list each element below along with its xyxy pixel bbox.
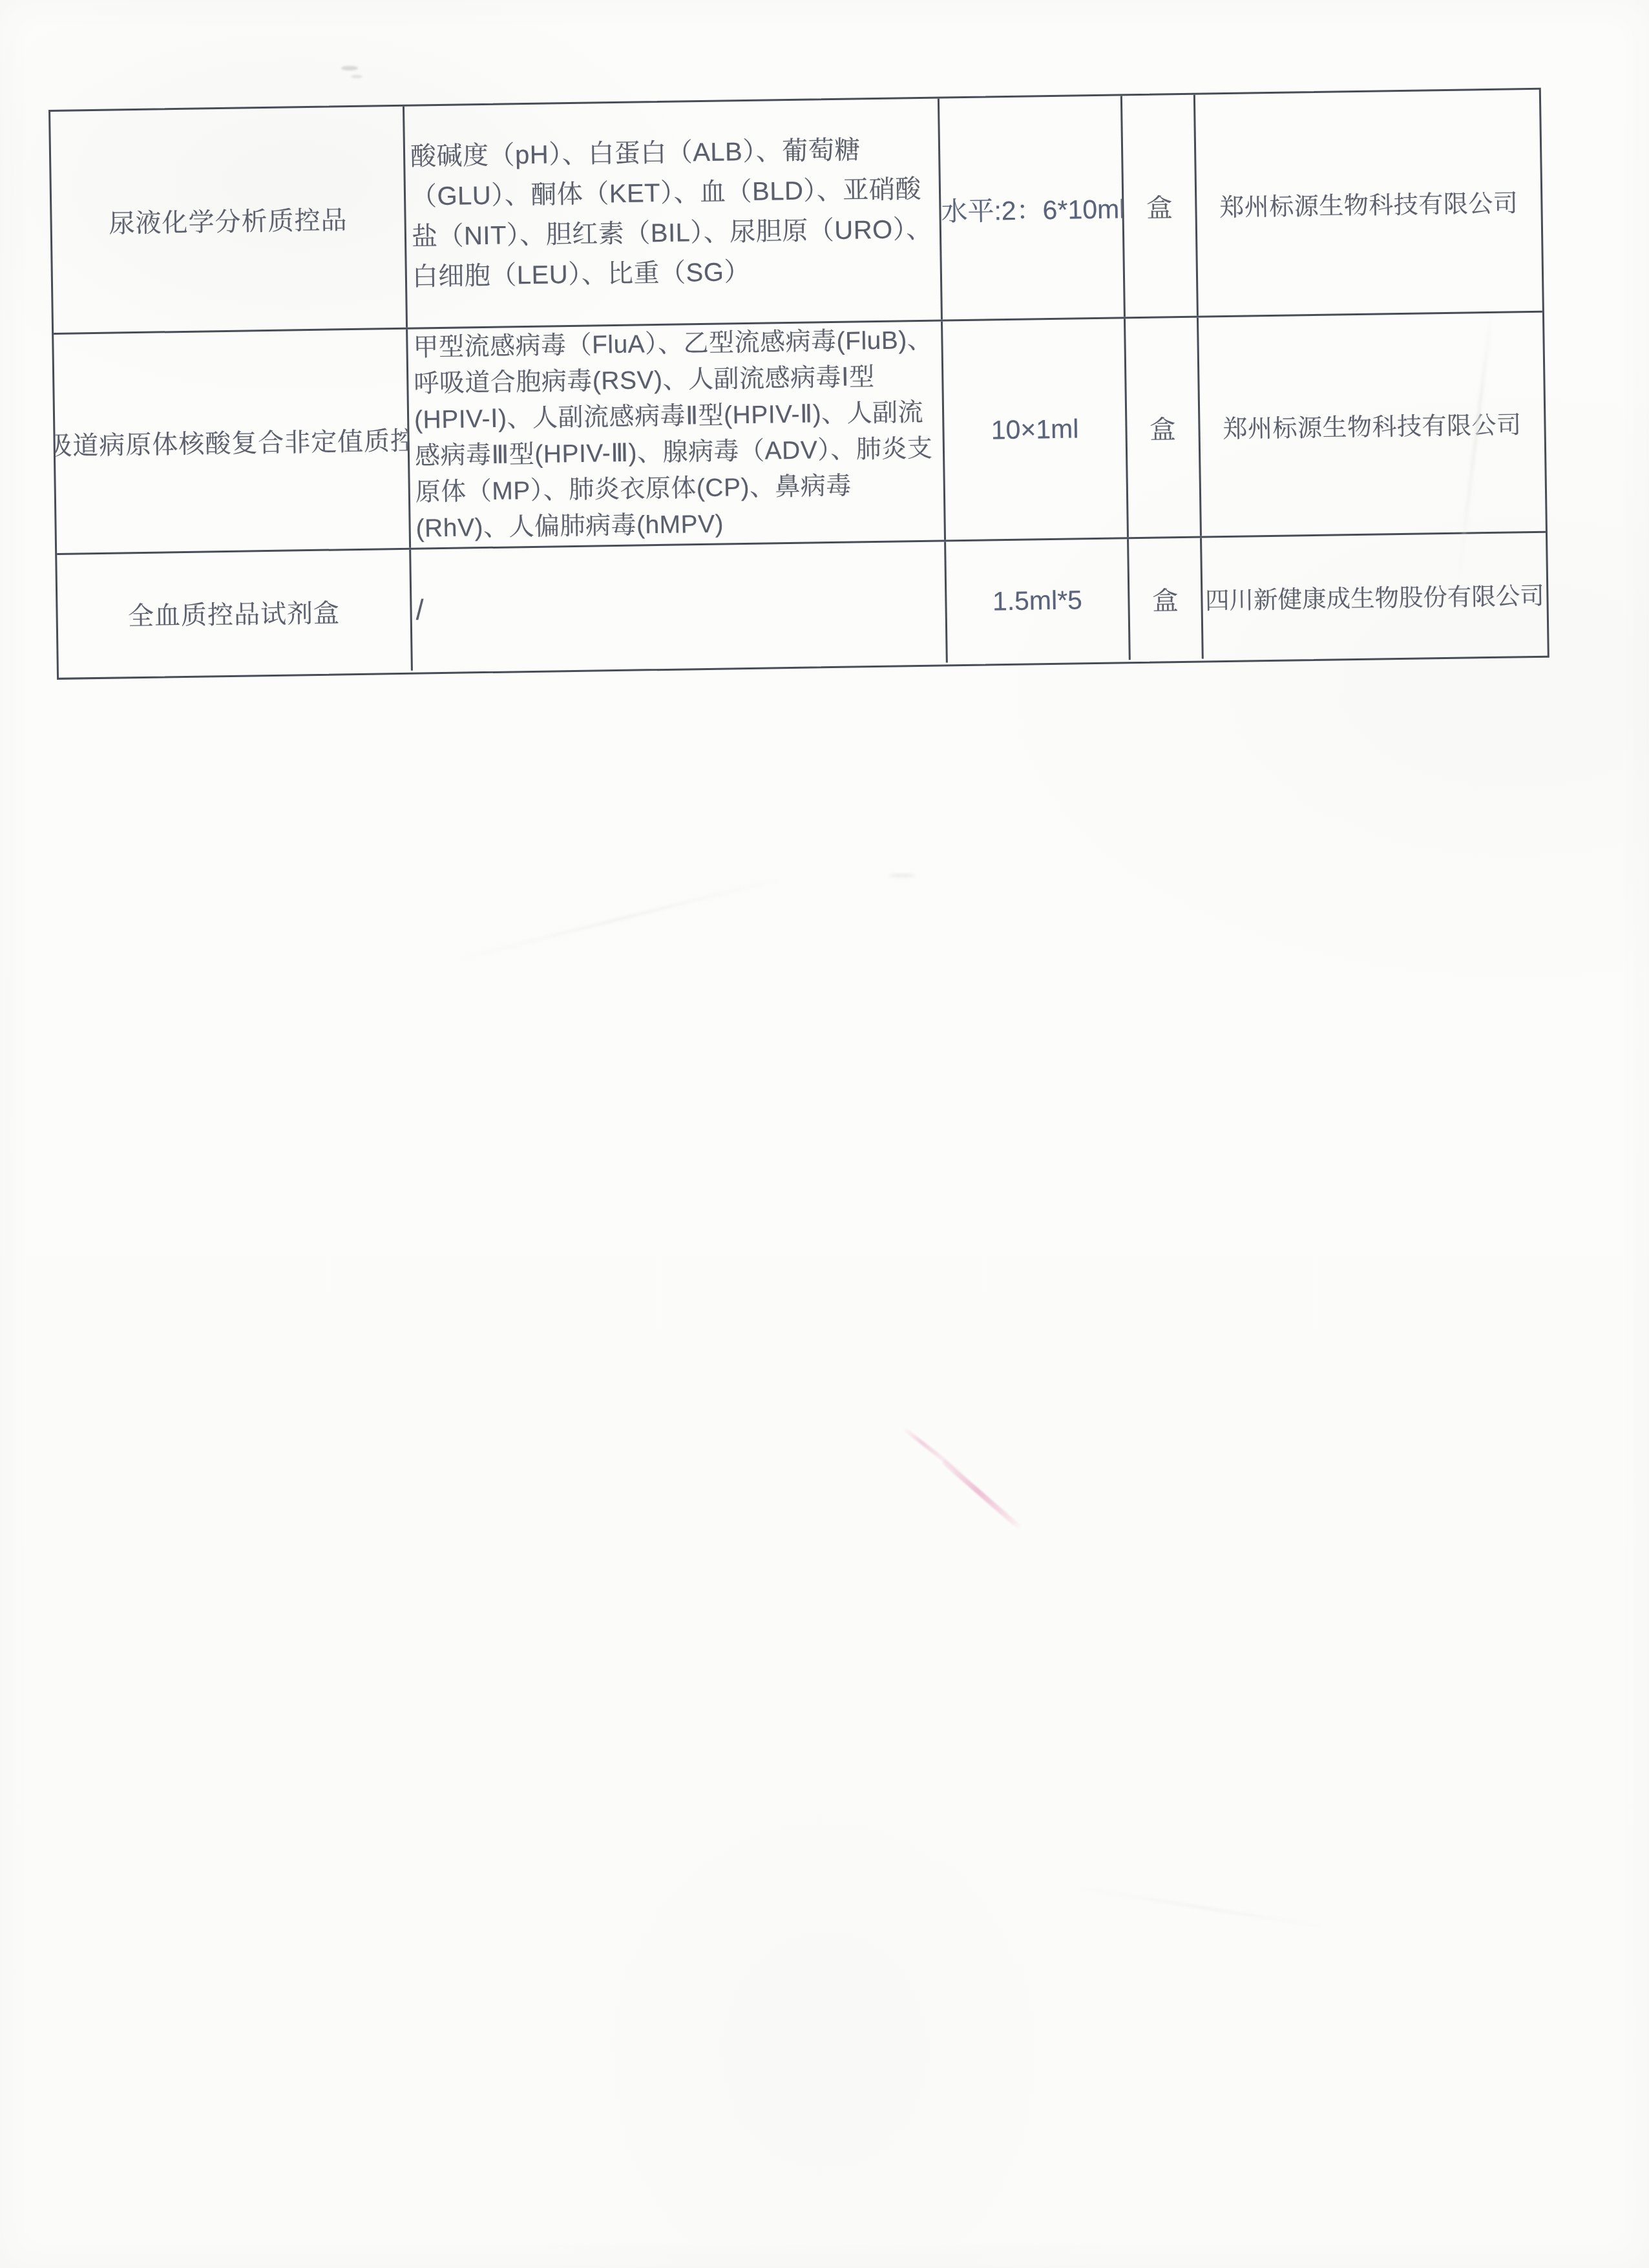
pink-crease-mark — [902, 1427, 965, 1478]
cell-specification: 1.5ml*5 — [946, 539, 1131, 662]
table-row: 全血质控品试剂盒 / 1.5ml*5 盒 四川新健康成生物股份有限公司 — [57, 533, 1548, 676]
scan-speck — [889, 874, 915, 877]
cell-specification: 10×1ml — [943, 319, 1129, 540]
table-row: 呼吸道病原体核酸复合非定值质控品 甲型流感病毒（FluA）、乙型流感病毒(Flu… — [54, 313, 1546, 555]
table-row: 尿液化学分析质控品 酸碱度（pH）、白蛋白（ALB）、葡萄糖（GLU）、酮体（K… — [50, 90, 1542, 335]
cell-product-name: 尿液化学分析质控品 — [50, 107, 408, 333]
pink-crease-mark — [941, 1459, 1023, 1531]
cell-unit: 盒 — [1129, 538, 1204, 660]
cell-manufacturer: 四川新健康成生物股份有限公司 — [1202, 533, 1548, 659]
cell-manufacturer: 郑州标源生物科技有限公司 — [1199, 313, 1546, 536]
components-text: 酸碱度（pH）、白蛋白（ALB）、葡萄糖（GLU）、酮体（KET）、血（BLD）… — [405, 127, 941, 300]
scan-crease — [1067, 1885, 1336, 1930]
cell-unit: 盒 — [1122, 95, 1199, 317]
scan-speck — [351, 75, 362, 78]
cell-product-name: 全血质控品试剂盒 — [57, 550, 413, 676]
cell-components: 甲型流感病毒（FluA）、乙型流感病毒(FluB)、呼吸道合胞病毒(RSV)、人… — [408, 322, 946, 548]
cell-specification: 水平:2：6*10ml — [940, 96, 1126, 319]
scan-speck — [341, 66, 358, 70]
cell-manufacturer: 郑州标源生物科技有限公司 — [1195, 90, 1542, 316]
cell-components: 酸碱度（pH）、白蛋白（ALB）、葡萄糖（GLU）、酮体（KET）、血（BLD）… — [404, 99, 943, 328]
components-text: 甲型流感病毒（FluA）、乙型流感病毒(FluB)、呼吸道合胞病毒(RSV)、人… — [408, 322, 944, 548]
products-table: 尿液化学分析质控品 酸碱度（pH）、白蛋白（ALB）、葡萄糖（GLU）、酮体（K… — [48, 88, 1549, 680]
cell-product-name: 呼吸道病原体核酸复合非定值质控品 — [54, 330, 411, 553]
components-text: / — [412, 587, 426, 633]
cell-components: / — [411, 541, 948, 670]
scan-crease — [457, 877, 784, 961]
cell-unit: 盒 — [1126, 318, 1202, 538]
